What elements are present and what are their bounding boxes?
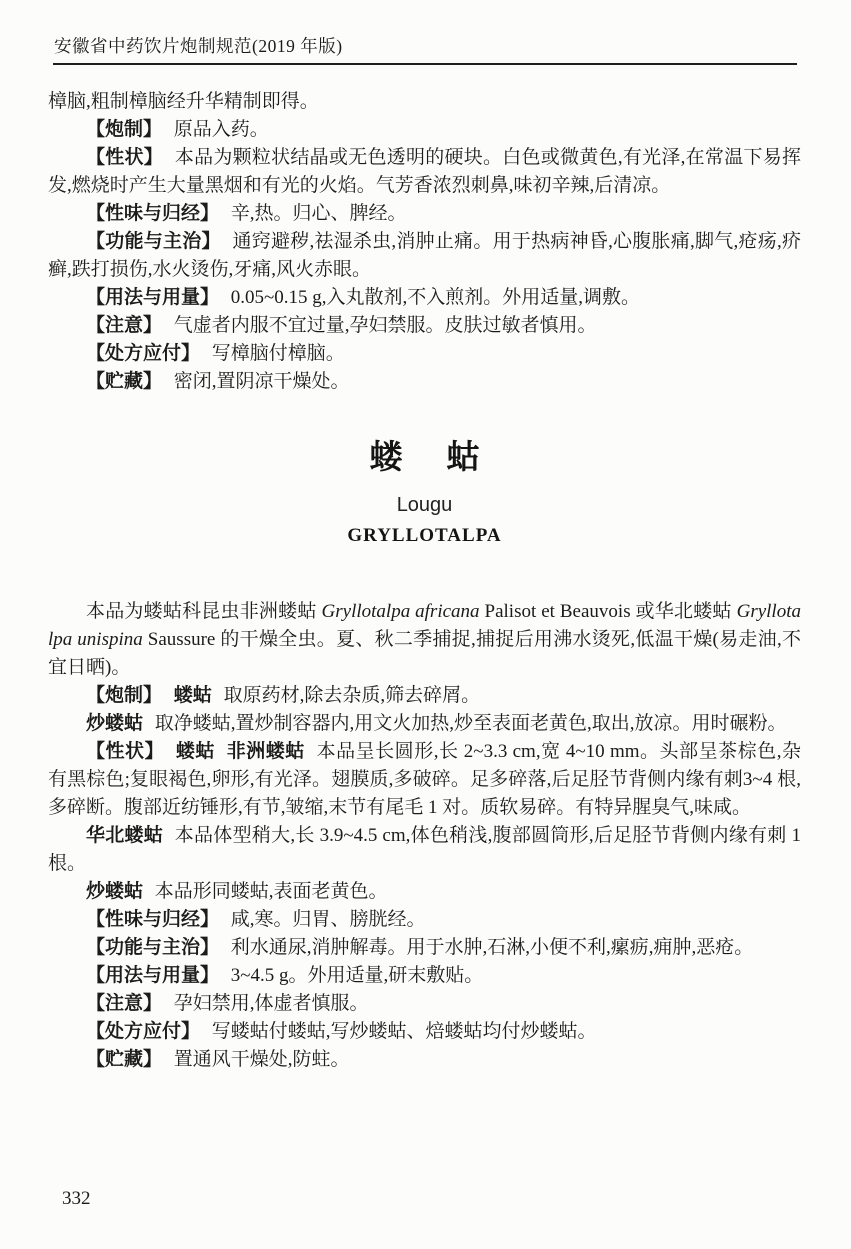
paragraph: 【性味与归经】咸,寒。归胃、膀胱经。 [48,906,801,934]
text-run: Saussure 的干燥全虫。夏、秋二季捕捉,捕捉后用沸水烫死,低温干燥(易走油… [48,629,801,678]
entry-title-latin-name: GRYLLOTALPA [48,524,801,548]
bold-label-run: 【性状】 [86,741,164,762]
bold-label-run: 非洲蝼蛄 [227,741,305,762]
text-run: 0.05~0.15 g,入丸散剂,不入煎剂。外用适量,调敷。 [231,287,640,308]
text-run: 密闭,置阴凉干燥处。 [174,371,350,392]
paragraph: 【处方应付】写蝼蛄付蝼蛄,写炒蝼蛄、焙蝼蛄均付炒蝼蛄。 [48,1018,801,1046]
paragraph: 炒蝼蛄取净蝼蛄,置炒制容器内,用文火加热,炒至表面老黄色,取出,放凉。用时碾粉。 [48,710,801,738]
text-run: 辛,热。归心、脾经。 [231,203,407,224]
page-content: 樟脑,粗制樟脑经升华精制即得。【炮制】原品入药。【性状】本品为颗粒状结晶或无色透… [48,88,801,1074]
paragraph: 【功能与主治】利水通尿,消肿解毒。用于水肿,石淋,小便不利,瘰疬,痈肿,恶疮。 [48,934,801,962]
text-run: 写蝼蛄付蝼蛄,写炒蝼蛄、焙蝼蛄均付炒蝼蛄。 [212,1021,597,1042]
paragraph: 【注意】孕妇禁用,体虚者慎服。 [48,990,801,1018]
paragraph: 华北蝼蛄本品体型稍大,长 3.9~4.5 cm,体色稍浅,腹部圆筒形,后足胫节背… [48,822,801,878]
entry-title-char-1: 蝼 [370,438,403,475]
text-run: 取净蝼蛄,置炒制容器内,用文火加热,炒至表面老黄色,取出,放凉。用时碾粉。 [155,713,787,734]
running-header-book-title: 安徽省中药饮片炮制规范(2019 年版) [54,35,798,57]
text-run: 原品入药。 [174,119,269,140]
entry-title-char-2: 蛄 [447,438,480,475]
text-run: 本品形同蝼蛄,表面老黄色。 [155,881,388,902]
paragraph: 【性味与归经】辛,热。归心、脾经。 [48,200,801,228]
paragraph: 【性状】蝼蛄非洲蝼蛄本品呈长圆形,长 2~3.3 cm,宽 4~10 mm。头部… [48,738,801,822]
text-run: 咸,寒。归胃、膀胱经。 [231,909,426,930]
bold-label-run: 华北蝼蛄 [86,825,163,846]
text-run: 气虚者内服不宜过量,孕妇禁服。皮肤过敏者慎用。 [174,315,597,336]
bold-label-run: 炒蝼蛄 [86,713,143,734]
document-page: 安徽省中药饮片炮制规范(2019 年版) 樟脑,粗制樟脑经升华精制即得。【炮制】… [0,0,851,1249]
entry-title-pinyin: Lougu [48,493,801,517]
bold-label-run: 蝼蛄 [176,741,215,762]
entry-title-chinese: 蝼蛄 [48,438,801,476]
bold-label-run: 【贮藏】 [86,1049,162,1070]
bold-label-run: 【注意】 [86,315,162,336]
bold-label-run: 蝼蛄 [174,685,212,706]
bold-label-run: 【处方应付】 [86,1021,200,1042]
text-run: 本品为蝼蛄科昆虫非洲蝼蛄 [86,601,322,622]
bold-label-run: 【功能与主治】 [86,937,219,958]
camphor-entry-body: 樟脑,粗制樟脑经升华精制即得。【炮制】原品入药。【性状】本品为颗粒状结晶或无色透… [48,88,801,396]
page-number: 332 [62,1188,91,1210]
paragraph: 【炮制】原品入药。 [48,116,801,144]
text-run: 置通风干燥处,防蛀。 [174,1049,350,1070]
bold-label-run: 炒蝼蛄 [86,881,143,902]
lougu-entry-body: 本品为蝼蛄科昆虫非洲蝼蛄 Gryllotalpa africana Paliso… [48,598,801,1074]
bold-label-run: 【性味与归经】 [86,203,219,224]
paragraph: 【用法与用量】3~4.5 g。外用适量,研末敷贴。 [48,962,801,990]
paragraph: 【功能与主治】通窍避秽,祛湿杀虫,消肿止痛。用于热病神昏,心腹胀痛,脚气,疮疡,… [48,228,801,284]
text-run: 写樟脑付樟脑。 [212,343,345,364]
bold-label-run: 【性状】 [86,147,163,168]
paragraph: 【注意】气虚者内服不宜过量,孕妇禁服。皮肤过敏者慎用。 [48,312,801,340]
bold-label-run: 【用法与用量】 [86,965,219,986]
text-run: 3~4.5 g。外用适量,研末敷贴。 [231,965,484,986]
paragraph: 【炮制】蝼蛄取原药材,除去杂质,筛去碎屑。 [48,682,801,710]
bold-label-run: 【贮藏】 [86,371,162,392]
bold-label-run: 【功能与主治】 [86,231,221,252]
latin-name-run: Gryllotalpa africana [322,601,480,622]
text-run: 利水通尿,消肿解毒。用于水肿,石淋,小便不利,瘰疬,痈肿,恶疮。 [231,937,754,958]
text-run: 取原药材,除去杂质,筛去碎屑。 [224,685,481,706]
paragraph: 【用法与用量】0.05~0.15 g,入丸散剂,不入煎剂。外用适量,调敷。 [48,284,801,312]
text-run: 孕妇禁用,体虚者慎服。 [174,993,369,1014]
bold-label-run: 【炮制】 [86,119,162,140]
paragraph: 【处方应付】写樟脑付樟脑。 [48,340,801,368]
paragraph: 樟脑,粗制樟脑经升华精制即得。 [48,88,801,116]
text-run: Palisot et Beauvois 或华北蝼蛄 [480,601,737,622]
header-rule [53,63,797,65]
bold-label-run: 【注意】 [86,993,162,1014]
paragraph: 【贮藏】密闭,置阴凉干燥处。 [48,368,801,396]
bold-label-run: 【炮制】 [86,685,162,706]
paragraph: 【性状】本品为颗粒状结晶或无色透明的硬块。白色或微黄色,有光泽,在常温下易挥发,… [48,144,801,200]
paragraph: 【贮藏】置通风干燥处,防蛀。 [48,1046,801,1074]
bold-label-run: 【性味与归经】 [86,909,219,930]
bold-label-run: 【处方应付】 [86,343,200,364]
text-run: 樟脑,粗制樟脑经升华精制即得。 [48,91,319,112]
paragraph: 本品为蝼蛄科昆虫非洲蝼蛄 Gryllotalpa africana Paliso… [48,598,801,682]
lougu-entry-heading: 蝼蛄 Lougu GRYLLOTALPA [48,438,801,548]
bold-label-run: 【用法与用量】 [86,287,219,308]
paragraph: 炒蝼蛄本品形同蝼蛄,表面老黄色。 [48,878,801,906]
